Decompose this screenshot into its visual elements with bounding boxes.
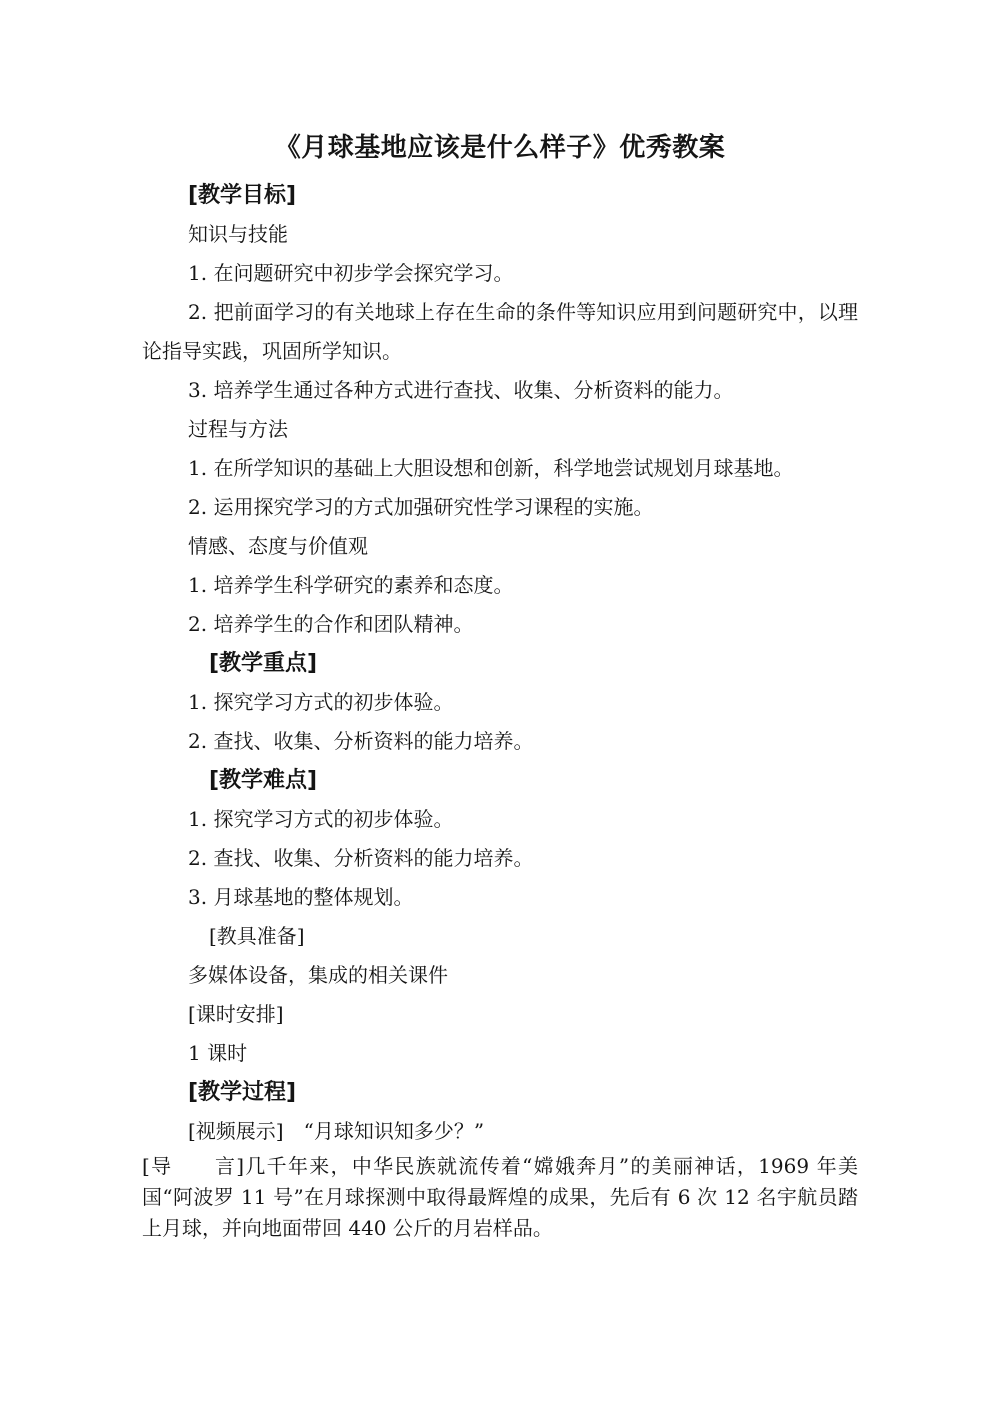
list-item-process-1: 1. 在所学知识的基础上大胆设想和创新，科学地尝试规划月球基地。 bbox=[142, 449, 858, 488]
heading-teaching-objectives: [教学目标] bbox=[142, 176, 858, 215]
label-knowledge-skills: 知识与技能 bbox=[142, 215, 858, 254]
document-page: 《月球基地应该是什么样子》优秀教案 [教学目标] 知识与技能 1. 在问题研究中… bbox=[0, 0, 1000, 1414]
list-item-key-point-1: 1. 探究学习方式的初步体验。 bbox=[142, 683, 858, 722]
list-item-difficulty-3: 3. 月球基地的整体规划。 bbox=[142, 878, 858, 917]
list-item-process-2: 2. 运用探究学习的方式加强研究性学习课程的实施。 bbox=[142, 488, 858, 527]
list-item-knowledge-1: 1. 在问题研究中初步学会探究学习。 bbox=[142, 254, 858, 293]
label-process-method: 过程与方法 bbox=[142, 410, 858, 449]
list-item-difficulty-1: 1. 探究学习方式的初步体验。 bbox=[142, 800, 858, 839]
list-item-key-point-2: 2. 查找、收集、分析资料的能力培养。 bbox=[142, 722, 858, 761]
label-attitude-values: 情感、态度与价值观 bbox=[142, 527, 858, 566]
text-class-schedule: 1 课时 bbox=[142, 1034, 858, 1073]
heading-teaching-procedure: [教学过程] bbox=[142, 1073, 858, 1112]
heading-teaching-aids: [教具准备] bbox=[142, 917, 858, 956]
heading-class-schedule: [课时安排] bbox=[142, 995, 858, 1034]
text-video-display: [视频展示] “月球知识知多少？” bbox=[142, 1112, 858, 1151]
paragraph-introduction: [导 言]几千年来，中华民族就流传着“嫦娥奔月”的美丽神话，1969 年美国“阿… bbox=[142, 1151, 858, 1244]
list-item-attitude-1: 1. 培养学生科学研究的素养和态度。 bbox=[142, 566, 858, 605]
heading-key-points: [教学重点] bbox=[142, 644, 858, 683]
text-teaching-aids: 多媒体设备，集成的相关课件 bbox=[142, 956, 858, 995]
page-title: 《月球基地应该是什么样子》优秀教案 bbox=[142, 128, 858, 168]
list-item-knowledge-2: 2. 把前面学习的有关地球上存在生命的条件等知识应用到问题研究中，以理论指导实践… bbox=[142, 293, 858, 371]
list-item-knowledge-3: 3. 培养学生通过各种方式进行查找、收集、分析资料的能力。 bbox=[142, 371, 858, 410]
list-item-difficulty-2: 2. 查找、收集、分析资料的能力培养。 bbox=[142, 839, 858, 878]
document-content: 《月球基地应该是什么样子》优秀教案 [教学目标] 知识与技能 1. 在问题研究中… bbox=[142, 128, 858, 1244]
heading-difficulties: [教学难点] bbox=[142, 761, 858, 800]
list-item-attitude-2: 2. 培养学生的合作和团队精神。 bbox=[142, 605, 858, 644]
